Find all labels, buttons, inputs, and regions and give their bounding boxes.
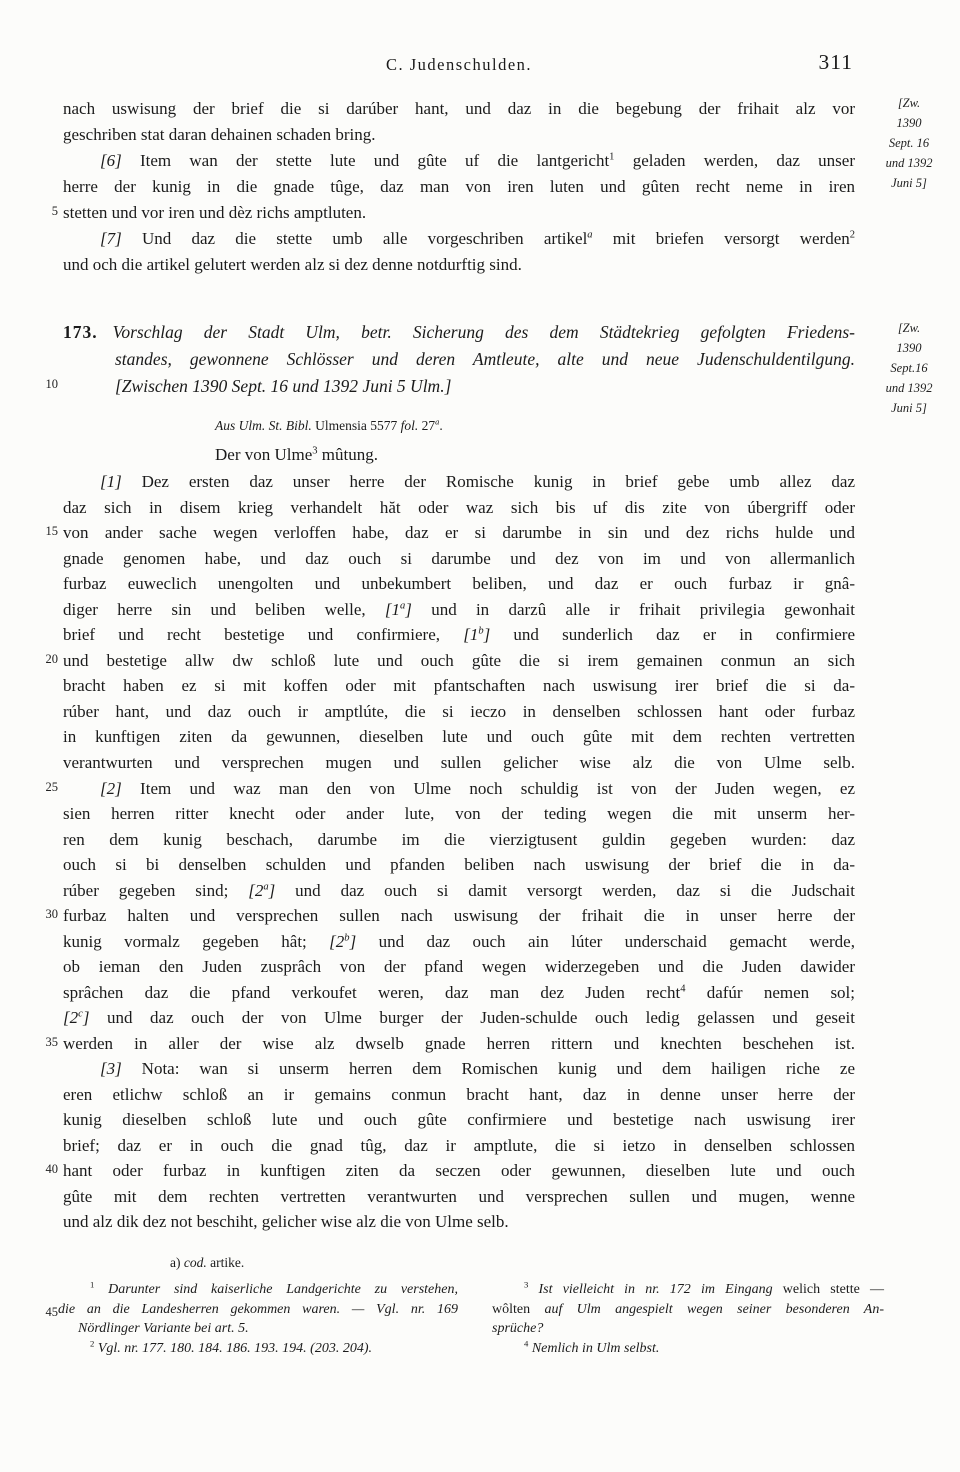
text-segment: und sunderlich daz er in confirmiere xyxy=(490,625,855,644)
margin-note-line: und 1392 xyxy=(862,378,956,398)
text-segment: 173. xyxy=(63,322,98,342)
text-segment: und in darzû alle ir frihait privilegia … xyxy=(412,600,855,619)
footnote-line: Nördlinger Variante bei art. 5. xyxy=(58,1319,458,1339)
margin-note-line: und 1392 xyxy=(862,153,956,173)
text-segment: [6] xyxy=(100,151,122,170)
text-line: brief und recht bestetige und confirmier… xyxy=(63,623,855,647)
text-line: [3] Nota: wan si unserm herren dem Romis… xyxy=(63,1057,855,1081)
text-segment: standes, gewonnene Schlösser und deren A… xyxy=(115,349,855,369)
superscript-marker: 2 xyxy=(850,229,855,240)
text-segment: wôlten xyxy=(492,1302,544,1317)
main-text-block: nach uswisung der brief die si darúber h… xyxy=(63,0,855,1472)
text-segment: kunig vormalz gegeben hât; xyxy=(63,932,329,951)
text-segment: eren etlichw schloß an ir gemains conmun… xyxy=(63,1085,855,1104)
text-segment: und daz ouch ain lúter underschaid gemac… xyxy=(356,932,855,951)
text-segment: und alz dik dez not beschiht, gelicher w… xyxy=(63,1212,509,1231)
text-segment: gûte mit dem rechten vertretten verantwu… xyxy=(63,1187,855,1206)
text-segment: geschriben stat daran dehainen schaden b… xyxy=(63,125,376,144)
text-segment: ren dem kunig beschach, darumbe im die v… xyxy=(63,830,855,849)
text-line: Der von Ulme3 mûtung. xyxy=(63,443,855,467)
text-segment: . xyxy=(439,418,442,433)
text-segment: stetten und vor iren und dèz richs amptl… xyxy=(63,203,366,222)
text-line: standes, gewonnene Schlösser und deren A… xyxy=(63,347,855,371)
text-line: furbaz euweclich unengolten und unbekumb… xyxy=(63,572,855,596)
text-segment: [2 xyxy=(248,881,263,900)
margin-note-line: 1390 xyxy=(862,338,956,358)
footnote-line: sprüche? xyxy=(492,1319,884,1339)
footnote-line: 1 Darunter sind kaiserliche Landgerichte… xyxy=(58,1280,458,1300)
text-line: hant oder furbaz in kunftigen ziten da s… xyxy=(63,1159,855,1183)
text-segment: rúber gegeben sind; xyxy=(63,881,248,900)
text-segment: nach uswisung der brief die si darúber h… xyxy=(63,99,855,118)
text-line: und och die artikel gelutert werden alz … xyxy=(63,253,855,277)
text-segment: hant oder furbaz in kunftigen ziten da s… xyxy=(63,1161,855,1180)
text-line: brief; daz er in ouch die gnad tûg, daz … xyxy=(63,1134,855,1158)
text-segment: und och die artikel gelutert werden alz … xyxy=(63,255,522,274)
text-segment: und bestetige allw dw schloß lute und ou… xyxy=(63,651,855,670)
text-segment: Item wan der stette lute und gûte uf die… xyxy=(122,151,609,170)
text-segment: ob ieman den Juden zusprâch von der pfan… xyxy=(63,957,855,976)
text-segment: sien herren ritter knecht oder ander lut… xyxy=(63,804,855,823)
margin-note-line: 1390 xyxy=(862,113,956,133)
text-line: von ander sache wegen verloffen habe, da… xyxy=(63,521,855,545)
text-line: gnade genomen habe, und daz ouch si daru… xyxy=(63,547,855,571)
text-segment: sprüche? xyxy=(492,1321,543,1336)
text-segment: kunig dieselben schloß lute und ouch gût… xyxy=(63,1110,855,1129)
line-number: 10 xyxy=(34,377,58,392)
text-segment: verantwurten und versprechen mugen und s… xyxy=(63,753,855,772)
text-segment: artike. xyxy=(207,1255,244,1270)
text-segment: [2 xyxy=(63,1008,78,1027)
line-number: 25 xyxy=(34,780,58,795)
text-segment: Aus Ulm. St. Bibl. xyxy=(215,418,315,433)
text-segment: die an die Landesherren gekommen waren. … xyxy=(58,1302,458,1317)
line-number: 35 xyxy=(34,1035,58,1050)
text-segment: in kunftigen ziten da gewunnen, dieselbe… xyxy=(63,727,855,746)
footnote-column-right: 3 Ist vielleicht in nr. 172 im Eingang w… xyxy=(492,1280,884,1358)
text-line: werden in aller der wise alz dwselb gnad… xyxy=(63,1032,855,1056)
text-segment: ] xyxy=(405,600,412,619)
margin-note-line: Sept. 16 xyxy=(862,133,956,153)
text-line: daz sich in disem krieg verhandelt hăt o… xyxy=(63,496,855,520)
text-line: [7] Und daz die stette umb alle vorgesch… xyxy=(63,227,855,251)
text-line: [Zwischen 1390 Sept. 16 und 1392 Juni 5 … xyxy=(63,374,855,398)
text-line: stetten und vor iren und dèz richs amptl… xyxy=(63,201,855,225)
text-segment: rúber hant, und daz ouch ir amptlúte, di… xyxy=(63,702,855,721)
margin-note-line: Sept.16 xyxy=(862,358,956,378)
text-line: ren dem kunig beschach, darumbe im die v… xyxy=(63,828,855,852)
text-segment: herre der kunig in die gnade tûge, daz m… xyxy=(63,177,855,196)
text-line: nach uswisung der brief die si darúber h… xyxy=(63,97,855,121)
margin-note-line: [Zw. xyxy=(862,93,956,113)
text-segment: Vorschlag der Stadt Ulm, betr. Sicherung… xyxy=(113,322,855,342)
text-line: a) cod. artike. xyxy=(63,1251,855,1275)
line-number: 30 xyxy=(34,907,58,922)
text-segment: fol. xyxy=(401,418,422,433)
text-line: in kunftigen ziten da gewunnen, dieselbe… xyxy=(63,725,855,749)
text-line: verantwurten und versprechen mugen und s… xyxy=(63,751,855,775)
text-line: ob ieman den Juden zusprâch von der pfan… xyxy=(63,955,855,979)
text-line: geschriben stat daran dehainen schaden b… xyxy=(63,123,855,147)
text-line: Aus Ulm. St. Bibl. Ulmensia 5577 fol. 27… xyxy=(63,414,855,438)
text-line: und alz dik dez not beschiht, gelicher w… xyxy=(63,1210,855,1234)
text-segment: ouch si bi denselben schulden und pfande… xyxy=(63,855,855,874)
book-page: C. Judenschulden. 311 nach uswisung der … xyxy=(0,0,960,1472)
text-segment: auf Ulm angespielt wegen seiner besonder… xyxy=(544,1302,884,1317)
line-number: 5 xyxy=(34,204,58,219)
text-segment: Ist vielleicht in nr. 172 im Eingang xyxy=(528,1282,782,1297)
margin-date-note: [Zw.1390Sept. 16und 1392Juni 5] xyxy=(862,93,956,193)
text-segment: [2] xyxy=(100,779,122,798)
margin-note-line: [Zw. xyxy=(862,318,956,338)
text-line: furbaz halten und versprechen sullen nac… xyxy=(63,904,855,928)
text-segment: 27 xyxy=(422,418,436,433)
text-line: herre der kunig in die gnade tûge, daz m… xyxy=(63,175,855,199)
text-segment: furbaz euweclich unengolten und unbekumb… xyxy=(63,574,855,593)
text-segment: von ander sache wegen verloffen habe, da… xyxy=(63,523,855,542)
text-segment: brief; daz er in ouch die gnad tûg, daz … xyxy=(63,1136,855,1155)
text-segment: bracht haben ez si mit koffen oder mit p… xyxy=(63,676,855,695)
text-line: 173.Vorschlag der Stadt Ulm, betr. Siche… xyxy=(63,320,855,344)
margin-date-note: [Zw.1390Sept.16und 1392Juni 5] xyxy=(862,318,956,418)
line-number: 15 xyxy=(34,524,58,539)
line-number: 40 xyxy=(34,1162,58,1177)
text-segment: welich stette — xyxy=(783,1282,884,1297)
text-segment: Nota: wan si unserm herren dem Romischen… xyxy=(122,1059,855,1078)
text-segment: gnade genomen habe, und daz ouch si daru… xyxy=(63,549,855,568)
footnote-column-left: 1 Darunter sind kaiserliche Landgerichte… xyxy=(58,1280,458,1358)
text-segment: mit briefen versorgt werden xyxy=(593,229,850,248)
text-line: [2] Item und waz man den von Ulme noch s… xyxy=(63,777,855,801)
text-segment: Dez ersten daz unser herre der Romische … xyxy=(122,472,855,491)
text-segment: sprâchen daz die pfand verkoufet weren, … xyxy=(63,983,680,1002)
text-line: sprâchen daz die pfand verkoufet weren, … xyxy=(63,981,855,1005)
text-segment: furbaz halten und versprechen sullen nac… xyxy=(63,906,855,925)
text-segment: daz sich in disem krieg verhandelt hăt o… xyxy=(63,498,855,517)
text-segment: [1] xyxy=(100,472,122,491)
text-segment: Der von Ulme xyxy=(215,445,312,464)
text-line: [6] Item wan der stette lute und gûte uf… xyxy=(63,149,855,173)
text-line: [2c] und daz ouch der von Ulme burger de… xyxy=(63,1006,855,1030)
text-line: diger herre sin und beliben welle, [1a] … xyxy=(63,598,855,622)
text-segment: werden in aller der wise alz dwselb gnad… xyxy=(63,1034,855,1053)
text-line: und bestetige allw dw schloß lute und ou… xyxy=(63,649,855,673)
text-line: kunig vormalz gegeben hât; [2b] und daz … xyxy=(63,930,855,954)
text-line: kunig dieselben schloß lute und ouch gût… xyxy=(63,1108,855,1132)
text-segment: mûtung. xyxy=(318,445,378,464)
text-segment: cod. xyxy=(184,1255,207,1270)
text-segment: [1 xyxy=(385,600,400,619)
text-segment: und daz ouch der von Ulme burger der Jud… xyxy=(89,1008,855,1027)
text-segment: [2 xyxy=(329,932,344,951)
text-segment: Vgl. nr. 177. 180. 184. 186. 193. 194. (… xyxy=(94,1341,372,1356)
line-number: 20 xyxy=(34,652,58,667)
text-segment: [7] xyxy=(100,229,122,248)
footnote-line: die an die Landesherren gekommen waren. … xyxy=(58,1300,458,1320)
text-line: rúber hant, und daz ouch ir amptlúte, di… xyxy=(63,700,855,724)
text-segment: [1 xyxy=(463,625,478,644)
margin-note-line: Juni 5] xyxy=(862,398,956,418)
text-segment: Nördlinger Variante bei art. 5. xyxy=(78,1321,249,1336)
footnote-line: 4 Nemlich in Ulm selbst. xyxy=(492,1339,884,1359)
footnote-line: 3 Ist vielleicht in nr. 172 im Eingang w… xyxy=(492,1280,884,1300)
text-segment: Item und waz man den von Ulme noch schul… xyxy=(122,779,855,798)
footnote-line: 2 Vgl. nr. 177. 180. 184. 186. 193. 194.… xyxy=(58,1339,458,1359)
line-number: 45 xyxy=(34,1305,58,1320)
text-segment: geladen werden, daz unser xyxy=(614,151,855,170)
text-line: gûte mit dem rechten vertretten verantwu… xyxy=(63,1185,855,1209)
text-segment: [Zwischen 1390 Sept. 16 und 1392 Juni 5 … xyxy=(115,376,451,396)
text-line: eren etlichw schloß an ir gemains conmun… xyxy=(63,1083,855,1107)
text-segment: Nemlich in Ulm selbst. xyxy=(528,1341,659,1356)
text-line: [1] Dez ersten daz unser herre der Romis… xyxy=(63,470,855,494)
text-segment: a) xyxy=(170,1255,184,1270)
text-segment: brief und recht bestetige und confirmier… xyxy=(63,625,463,644)
text-segment: diger herre sin und beliben welle, xyxy=(63,600,385,619)
text-line: ouch si bi denselben schulden und pfande… xyxy=(63,853,855,877)
text-segment: dafúr nemen sol; xyxy=(685,983,855,1002)
text-line: rúber gegeben sind; [2a] und daz ouch si… xyxy=(63,879,855,903)
margin-note-line: Juni 5] xyxy=(862,173,956,193)
text-line: sien herren ritter knecht oder ander lut… xyxy=(63,802,855,826)
text-segment: Ulmensia 5577 xyxy=(315,418,401,433)
text-segment: Darunter sind kaiserliche Landgerichte z… xyxy=(94,1282,458,1297)
text-segment: [3] xyxy=(100,1059,122,1078)
footnote-line: wôlten auf Ulm angespielt wegen seiner b… xyxy=(492,1300,884,1320)
text-line: bracht haben ez si mit koffen oder mit p… xyxy=(63,674,855,698)
text-segment: und daz ouch si damit versorgt werden, d… xyxy=(275,881,855,900)
text-segment: Und daz die stette umb alle vorgeschribe… xyxy=(122,229,588,248)
